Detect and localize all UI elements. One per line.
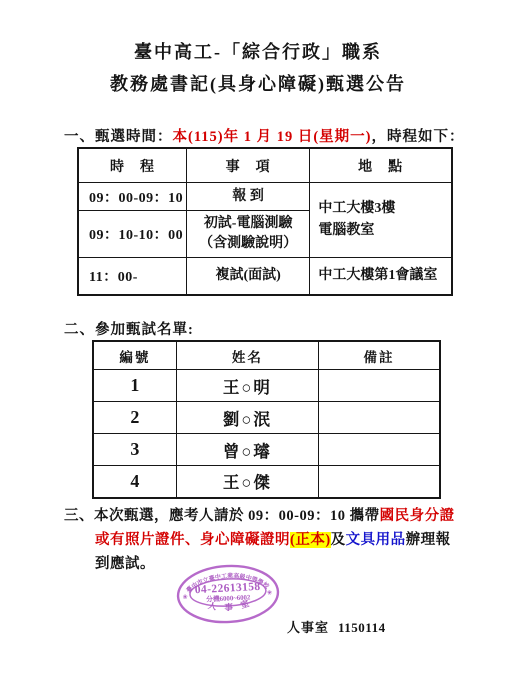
candidate-note (319, 466, 440, 498)
checkin-item: 報 到 (186, 183, 309, 211)
first-test-time: 09：10-10：00 (78, 211, 186, 258)
candidate-name: 曾○璿 (176, 434, 318, 466)
stamp-phone-number: 04-22613158 (195, 581, 261, 596)
section1-heading: 一、甄選時間：本(115)年 1 月 19 日(星期一)，時程如下： (64, 125, 465, 146)
candidate-note (319, 402, 440, 434)
section3-line2: 或有照片證件、身心障礙證明(正本)及文具用品辦理報 (95, 528, 484, 552)
candidate-name: 劉○泯 (176, 402, 318, 434)
second-test-time: 11：00- (78, 258, 186, 295)
candidate-note (319, 370, 440, 402)
doc-title-line2: 教務處書記(具身心障礙)甄選公告 (0, 70, 516, 96)
section1-heading-suffix: ，時程如下： (372, 129, 465, 145)
announcement-document: 臺中高工-「綜合行政」職系 教務處書記(具身心障礙)甄選公告 一、甄選時間：本(… (0, 0, 516, 700)
candidate-note (319, 434, 440, 466)
candidate-name: 王○傑 (176, 466, 318, 498)
candidates-col-name: 姓名 (176, 341, 318, 370)
notice-register: 辦理報 (406, 532, 451, 548)
footer-doc-number: 1150114 (338, 620, 386, 635)
notice-original-copy-highlight: (正本) (290, 532, 331, 548)
candidate-no: 4 (93, 466, 176, 498)
candidates-col-no: 編號 (93, 341, 176, 370)
candidate-no: 2 (93, 402, 176, 434)
candidate-row-2: 2 劉○泯 (93, 402, 440, 434)
candidate-name: 王○明 (176, 370, 318, 402)
candidate-no: 1 (93, 370, 176, 402)
notice-text-black: 三、本次甄選，應考人請於 09：00-09：10 攜帶 (64, 508, 380, 524)
stamp-flower-icon-right: ❀ (267, 589, 272, 596)
section1-exam-date: 本(115)年 1 月 19 日(星期一) (173, 129, 372, 145)
schedule-col-item: 事 項 (186, 148, 309, 183)
schedule-row-second-test: 11：00- 複試(面試) 中工大樓第1會議室 (78, 258, 452, 295)
candidate-no: 3 (93, 434, 176, 466)
section3-line3: 到應試。 (95, 552, 484, 576)
notice-disability-cert: 或有照片證件、身心障礙證明 (95, 532, 290, 548)
section1-heading-prefix: 一、甄選時間： (64, 129, 173, 145)
notice-stationery: 文具用品 (346, 532, 406, 548)
candidates-table: 編號 姓名 備註 1 王○明 2 劉○泯 3 曾○璿 4 王○傑 (92, 340, 441, 499)
notice-id-card: 國民身分證 (380, 508, 455, 524)
first-test-location: 中工大樓3樓 電腦教室 (310, 183, 452, 258)
location-building: 中工大樓3樓 (318, 198, 450, 220)
candidate-row-1: 1 王○明 (93, 370, 440, 402)
footer-issuer-line: 人事室1150114 (287, 617, 386, 636)
second-test-location: 中工大樓第1會議室 (310, 258, 452, 295)
checkin-time: 09：00-09：10 (78, 183, 186, 211)
section2-heading: 二、參加甄試名單: (64, 318, 194, 339)
personnel-office-stamp: 臺中市立臺中工業高級中等學校 04-22613158 分機6000~6002 人… (176, 564, 280, 624)
doc-title-line1: 臺中高工-「綜合行政」職系 (0, 38, 516, 64)
location-room: 電腦教室 (318, 220, 450, 242)
candidates-header-row: 編號 姓名 備註 (93, 341, 440, 370)
notice-and: 及 (331, 532, 346, 548)
section3-line1: 三、本次甄選，應考人請於 09：00-09：10 攜帶國民身分證 (64, 504, 484, 528)
candidates-col-note: 備註 (319, 341, 440, 370)
stamp-flower-icon-left: ❀ (182, 594, 187, 601)
candidate-row-4: 4 王○傑 (93, 466, 440, 498)
first-test-item-line1: 初試-電腦測驗 (188, 214, 308, 234)
schedule-table: 時 程 事 項 地 點 09：00-09：10 報 到 中工大樓3樓 電腦教室 … (77, 147, 453, 296)
first-test-item-line2: （含測驗說明） (188, 234, 308, 254)
footer-office: 人事室 (287, 620, 329, 635)
schedule-row-checkin: 09：00-09：10 報 到 中工大樓3樓 電腦教室 (78, 183, 452, 211)
second-test-item: 複試(面試) (186, 258, 309, 295)
schedule-col-time: 時 程 (78, 148, 186, 183)
schedule-header-row: 時 程 事 項 地 點 (78, 148, 452, 183)
first-test-item: 初試-電腦測驗 （含測驗說明） (186, 211, 309, 258)
schedule-col-location: 地 點 (310, 148, 452, 183)
candidate-row-3: 3 曾○璿 (93, 434, 440, 466)
